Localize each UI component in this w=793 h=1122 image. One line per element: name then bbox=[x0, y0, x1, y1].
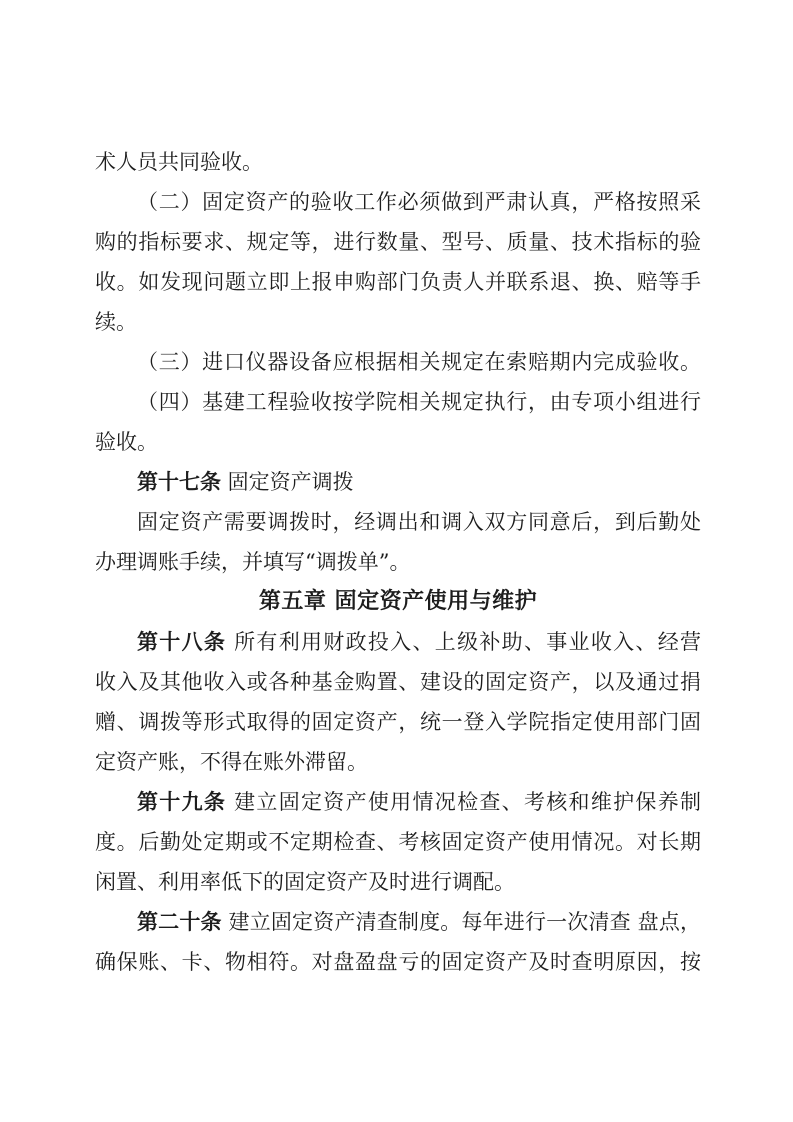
line-text: 建立固定资产使用情况检查、考核和维护保养制 bbox=[226, 790, 701, 814]
text-line: 第十七条 固定资产调拨 bbox=[95, 462, 701, 502]
text-line: 第十八条 所有利用财政投入、上级补助、事业收入、经营 bbox=[95, 622, 701, 662]
text-line: 确保账、卡、物相符。对盘盈盘亏的固定资产及时查明原因，按 bbox=[95, 942, 701, 982]
line-text: 所有利用财政投入、上级补助、事业收入、经营 bbox=[226, 630, 701, 654]
text-line: 续。 bbox=[95, 302, 701, 342]
line-text: （二）固定资产的验收工作必须做到严肃认真，严格按照采 bbox=[137, 190, 701, 214]
text-line: 定资产账，不得在账外滞留。 bbox=[95, 742, 701, 782]
line-text: 固定资产需要调拨时，经调出和调入双方同意后，到后勤处 bbox=[137, 510, 701, 534]
line-text: （四）基建工程验收按学院相关规定执行，由专项小组进行 bbox=[137, 390, 701, 414]
text-line: （四）基建工程验收按学院相关规定执行，由专项小组进行 bbox=[95, 382, 701, 422]
text-line: 收。如发现问题立即上报申购部门负责人并联系退、换、赔等手 bbox=[95, 262, 701, 302]
article-number: 第十九条 bbox=[137, 789, 226, 814]
line-text: 定资产账，不得在账外滞留。 bbox=[95, 750, 368, 774]
line-text: 术人员共同验收。 bbox=[95, 150, 263, 174]
document-page: 术人员共同验收。 （二）固定资产的验收工作必须做到严肃认真，严格按照采 购的指标… bbox=[0, 0, 793, 1122]
article-number: 第十七条 bbox=[137, 469, 221, 494]
line-text: （三）进口仪器设备应根据相关规定在索赔期内完成验收。 bbox=[137, 350, 701, 374]
document-body: 术人员共同验收。 （二）固定资产的验收工作必须做到严肃认真，严格按照采 购的指标… bbox=[95, 142, 701, 982]
text-line: （三）进口仪器设备应根据相关规定在索赔期内完成验收。 bbox=[95, 342, 701, 382]
line-text: 收。如发现问题立即上报申购部门负责人并联系退、换、赔等手 bbox=[95, 270, 701, 294]
text-line: 购的指标要求、规定等，进行数量、型号、质量、技术指标的验 bbox=[95, 222, 701, 262]
line-text: 购的指标要求、规定等，进行数量、型号、质量、技术指标的验 bbox=[95, 230, 701, 254]
text-line: 验收。 bbox=[95, 422, 701, 462]
line-text: 确保账、卡、物相符。对盘盈盘亏的固定资产及时查明原因，按 bbox=[95, 950, 701, 974]
article-number: 第二十条 bbox=[137, 909, 222, 934]
line-text: 固定资产调拨 bbox=[221, 470, 354, 494]
text-line: 度。后勤处定期或不定期检查、考核固定资产使用情况。对长期 bbox=[95, 822, 701, 862]
chapter-heading: 第五章 固定资产使用与维护 bbox=[95, 582, 701, 622]
line-text: 度。后勤处定期或不定期检查、考核固定资产使用情况。对长期 bbox=[95, 830, 701, 854]
text-line: 术人员共同验收。 bbox=[95, 142, 701, 182]
text-line: 第十九条 建立固定资产使用情况检查、考核和维护保养制 bbox=[95, 782, 701, 822]
text-line: 第二十条 建立固定资产清查制度。每年进行一次清查 盘点， bbox=[95, 902, 701, 942]
line-text: 验收。 bbox=[95, 430, 158, 454]
text-line: 收入及其他收入或各种基金购置、建设的固定资产，以及通过捐 bbox=[95, 662, 701, 702]
text-line: 固定资产需要调拨时，经调出和调入双方同意后，到后勤处 bbox=[95, 502, 701, 542]
text-line: 办理调账手续，并填写“调拨单”。 bbox=[95, 542, 701, 582]
article-number: 第十八条 bbox=[137, 629, 226, 654]
line-text: 建立固定资产清查制度。每年进行一次清查 盘点， bbox=[222, 910, 701, 934]
line-text: 办理调账手续，并填写“调拨单”。 bbox=[95, 550, 410, 574]
line-text: 闲置、利用率低下的固定资产及时进行调配。 bbox=[95, 870, 515, 894]
line-text: 收入及其他收入或各种基金购置、建设的固定资产，以及通过捐 bbox=[95, 670, 701, 694]
text-line: 闲置、利用率低下的固定资产及时进行调配。 bbox=[95, 862, 701, 902]
line-text: 赠、调拨等形式取得的固定资产，统一登入学院指定使用部门固 bbox=[95, 710, 701, 734]
text-line: 赠、调拨等形式取得的固定资产，统一登入学院指定使用部门固 bbox=[95, 702, 701, 742]
text-line: （二）固定资产的验收工作必须做到严肃认真，严格按照采 bbox=[95, 182, 701, 222]
line-text: 续。 bbox=[95, 310, 137, 334]
